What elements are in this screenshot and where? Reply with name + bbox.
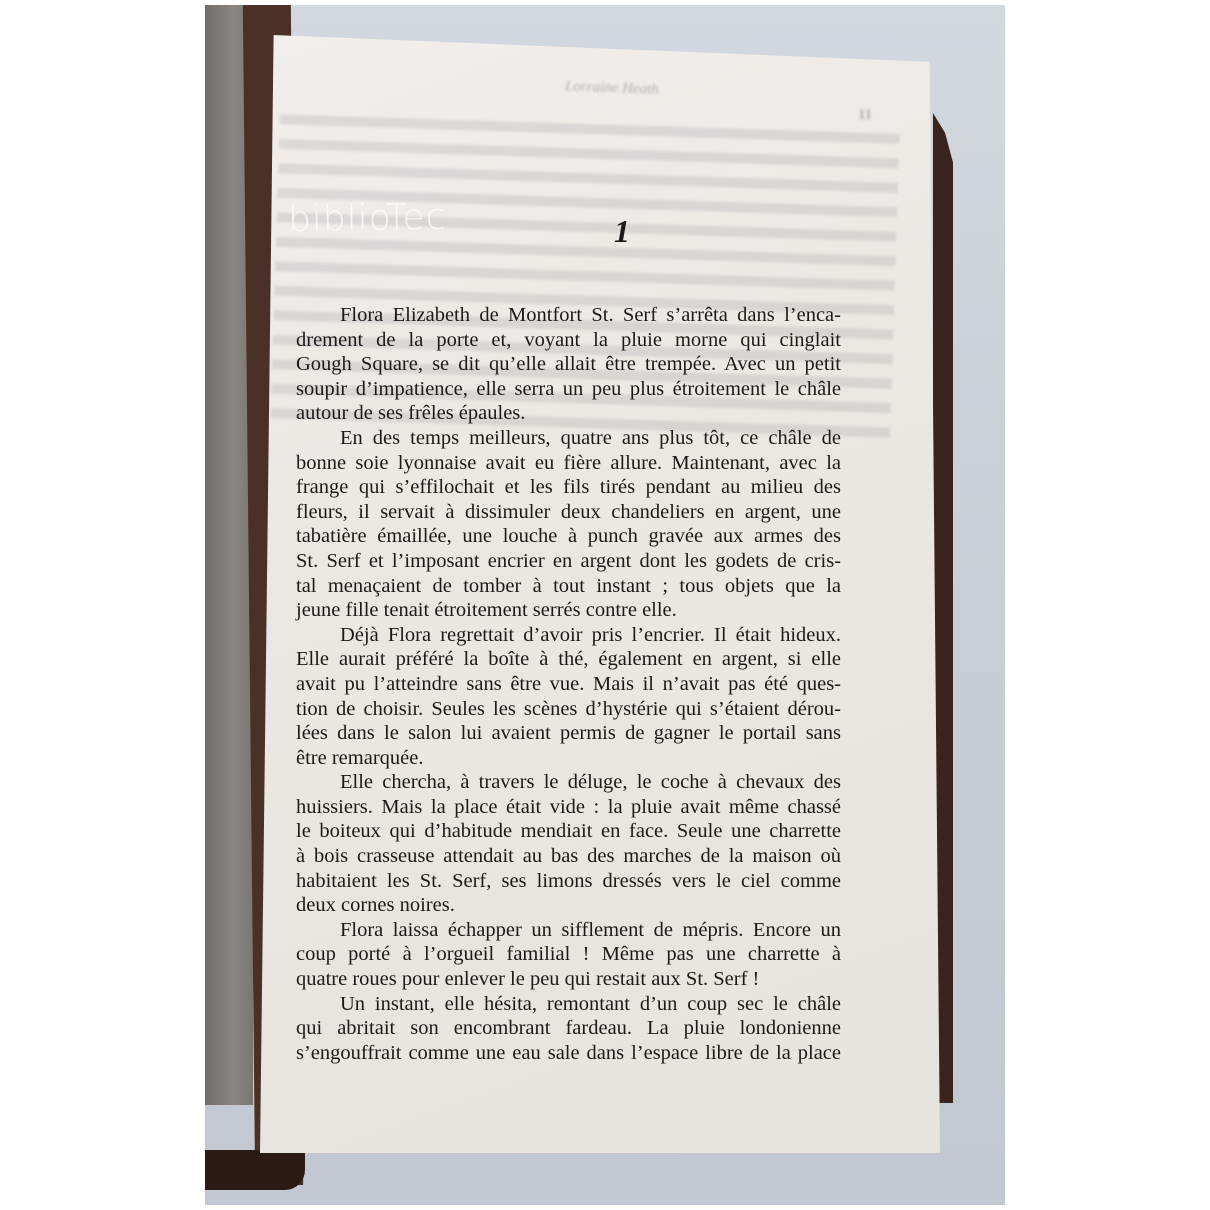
text-line: avait pu l’atteindre sans être vue. Mais… [296, 672, 841, 697]
text-line: huissiers. Mais la place était vide : la… [296, 795, 841, 820]
text-line: Elle aurait préféré la boîte à thé, égal… [296, 647, 841, 672]
text-line: être remarquée. [296, 746, 841, 771]
text-line: bonne soie lyonnaise avait eu fière allu… [296, 451, 841, 476]
text-line: fleurs, il servait à dissimuler deux cha… [296, 500, 841, 525]
text-line: Un instant, elle hésita, remontant d’un … [296, 992, 841, 1017]
paragraph: Elle chercha, à travers le déluge, le co… [296, 770, 841, 918]
text-line: tabatière émaillée, une louche à punch g… [296, 524, 841, 549]
text-line: Gough Square, se dit qu’elle allait être… [296, 352, 841, 377]
text-line: habitaient les St. Serf, ses limons dres… [296, 869, 841, 894]
book-page: Lorraine Heath 11 biblioTec 1 Flora Eliz… [260, 35, 940, 1153]
text-line: quatre roues pour enlever le peu qui res… [296, 967, 841, 992]
text-line: tion de choisir. Seules les scènes d’hys… [296, 697, 841, 722]
chapter-number: 1 [260, 213, 940, 250]
text-line: frange qui s’effilochait et les fils tir… [296, 475, 841, 500]
text-line: Flora laissa échapper un sifflement de m… [296, 918, 841, 943]
text-line: coup porté à l’orgueil familial ! Même p… [296, 942, 841, 967]
text-line: Elle chercha, à travers le déluge, le co… [296, 770, 841, 795]
text-line: autour de ses frêles épaules. [296, 401, 841, 426]
text-line: qui abritait son encombrant fardeau. La … [296, 1016, 841, 1041]
text-line: soupir d’impatience, elle serra un peu p… [296, 377, 841, 402]
text-line: tal menaçaient de tomber à tout instant … [296, 574, 841, 599]
text-line: Déjà Flora regrettait d’avoir pris l’enc… [296, 623, 841, 648]
book-cover-bottom-edge [205, 1150, 305, 1190]
paragraph: Flora laissa échapper un sifflement de m… [296, 918, 841, 992]
text-line: St. Serf et l’imposant encrier en argent… [296, 549, 841, 574]
text-line: drement de la porte et, voyant la pluie … [296, 328, 841, 353]
text-line: jeune fille tenait étroitement serrés co… [296, 598, 841, 623]
bleed-through-running-head: Lorraine Heath [565, 78, 659, 98]
paragraph: En des temps meilleurs, quatre ans plus … [296, 426, 841, 623]
text-line: à bois crasseuse attendait au bas des ma… [296, 844, 841, 869]
text-line: s’engouffrait comme une eau sale dans l’… [296, 1041, 841, 1066]
text-line: deux cornes noires. [296, 893, 841, 918]
chapter-body: Flora Elizabeth de Montfort St. Serf s’a… [296, 303, 841, 1065]
paragraph: Flora Elizabeth de Montfort St. Serf s’a… [296, 303, 841, 426]
text-line: Flora Elizabeth de Montfort St. Serf s’a… [296, 303, 841, 328]
paragraph: Déjà Flora regrettait d’avoir pris l’enc… [296, 623, 841, 771]
text-line: le boiteux qui d’habitude mendiait en fa… [296, 819, 841, 844]
text-line: En des temps meilleurs, quatre ans plus … [296, 426, 841, 451]
book-photo: Lorraine Heath 11 biblioTec 1 Flora Eliz… [205, 5, 1005, 1205]
text-line: lées dans le salon lui avaient permis de… [296, 721, 841, 746]
bleed-through-page-number: 11 [858, 107, 872, 124]
paragraph: Un instant, elle hésita, remontant d’un … [296, 992, 841, 1066]
